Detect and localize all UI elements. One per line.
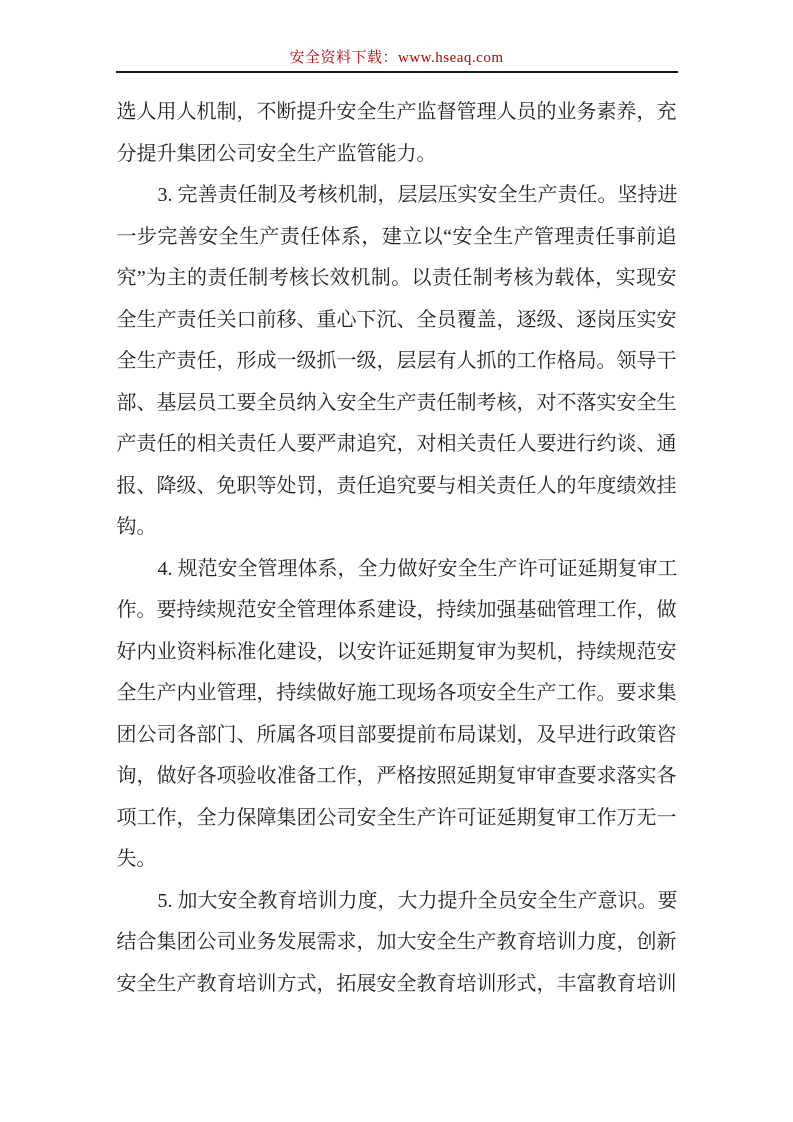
paragraph: 选人用人机制，不断提升安全生产监督管理人员的业务素养，充分提升集团公司安全生产监… — [117, 92, 677, 175]
text-line: 全生产责任关口前移、重心下沉、全员覆盖，逐级、逐岗压实安 — [117, 300, 677, 342]
text-line: 5. 加大安全教育培训力度，大力提升全员安全生产意识。要 — [117, 881, 677, 923]
document-body: 选人用人机制，不断提升安全生产监督管理人员的业务素养，充分提升集团公司安全生产监… — [117, 73, 677, 1005]
page-header: 安全资料下载：www.hseaq.com — [0, 0, 793, 73]
text-line: 产责任的相关责任人要严肃追究，对相关责任人要进行约谈、通 — [117, 424, 677, 466]
text-line: 报、降级、免职等处罚，责任追究要与相关责任人的年度绩效挂 — [117, 466, 677, 508]
text-line: 分提升集团公司安全生产监管能力。 — [117, 134, 677, 176]
text-line: 结合集团公司业务发展需求，加大安全生产教育培训力度，创新 — [117, 922, 677, 964]
text-line: 3. 完善责任制及考核机制，层层压实安全生产责任。坚持进 — [117, 175, 677, 217]
text-line: 安全生产教育培训方式，拓展安全教育培训形式，丰富教育培训 — [117, 964, 677, 1006]
text-line: 选人用人机制，不断提升安全生产监督管理人员的业务素养，充 — [117, 92, 677, 134]
text-line: 全生产责任，形成一级抓一级，层层有人抓的工作格局。领导干 — [117, 341, 677, 383]
text-line: 部、基层员工要全员纳入安全生产责任制考核，对不落实安全生 — [117, 383, 677, 425]
paragraph: 4. 规范安全管理体系，全力做好安全生产许可证延期复审工作。要持续规范安全管理体… — [117, 549, 677, 881]
text-line: 全生产内业管理，持续做好施工现场各项安全生产工作。要求集 — [117, 673, 677, 715]
text-line: 失。 — [117, 839, 677, 881]
text-line: 团公司各部门、所属各项目部要提前布局谋划，及早进行政策咨 — [117, 715, 677, 757]
paragraph: 3. 完善责任制及考核机制，层层压实安全生产责任。坚持进一步完善安全生产责任体系… — [117, 175, 677, 549]
text-line: 项工作，全力保障集团公司安全生产许可证延期复审工作万无一 — [117, 798, 677, 840]
text-line: 究”为主的责任制考核长效机制。以责任制考核为载体，实现安 — [117, 258, 677, 300]
paragraph: 5. 加大安全教育培训力度，大力提升全员安全生产意识。要结合集团公司业务发展需求… — [117, 881, 677, 1006]
text-line: 4. 规范安全管理体系，全力做好安全生产许可证延期复审工 — [117, 549, 677, 591]
text-line: 钩。 — [117, 507, 677, 549]
text-line: 好内业资料标准化建设，以安许证延期复审为契机，持续规范安 — [117, 632, 677, 674]
text-line: 一步完善安全生产责任体系，建立以“安全生产管理责任事前追 — [117, 217, 677, 259]
document-page: 安全资料下载：www.hseaq.com 选人用人机制，不断提升安全生产监督管理… — [0, 0, 793, 1122]
text-line: 询，做好各项验收准备工作，严格按照延期复审审查要求落实各 — [117, 756, 677, 798]
text-line: 作。要持续规范安全管理体系建设，持续加强基础管理工作，做 — [117, 590, 677, 632]
header-watermark-text: 安全资料下载：www.hseaq.com — [0, 48, 793, 68]
